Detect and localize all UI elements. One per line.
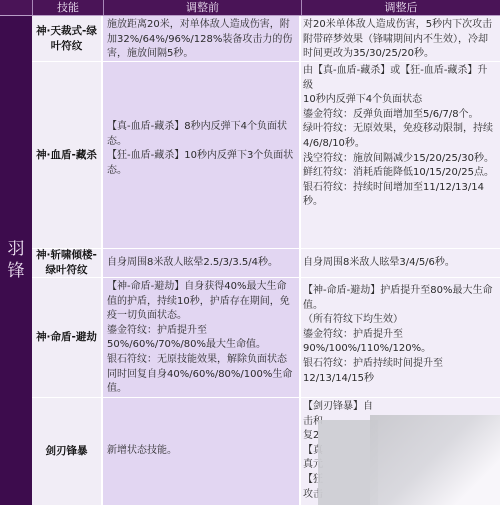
after-text: 鎏金符纹：反弹负面增加至5/6/7/8个。 — [303, 108, 496, 123]
skill-name: 神·血盾-藏杀 — [32, 62, 103, 248]
skill-name-text: 剑刃锋暴 — [46, 444, 88, 459]
hero-name: 羽 锋 — [0, 238, 32, 282]
skill-name: 剑刃锋暴 — [32, 398, 103, 505]
before-text: 自身周围8米敌人眩晕2.5/3/3.5/4秒。 — [107, 256, 295, 271]
after-text: （所有符纹下均生效） — [303, 313, 496, 328]
before-cell: 施放距离20米，对单体敌人造成伤害，附加32%/64%/96%/128%装备攻击… — [103, 16, 301, 61]
after-text: 浅空符纹：施放间隔减少15/20/25/30秒。 — [303, 152, 496, 167]
hero-name-char-2: 锋 — [0, 260, 32, 282]
skill-name-text: 神·血盾-藏杀 — [36, 148, 97, 163]
before-text: 【神-命盾-避劫】自身获得40%最大生命值的护盾，持续10秒，护盾存在期间，免疫… — [107, 280, 295, 324]
after-text: 银石符纹：持续时间增加至11/12/13/14秒。 — [303, 181, 496, 210]
before-cell: 新增状态技能。 — [103, 398, 301, 505]
after-text: 银石符纹：护盾持续时间提升至12/13/14/15秒 — [303, 357, 496, 386]
hero-name-char-1: 羽 — [0, 238, 32, 260]
skill-name: 神·斩啸倾楼-绿叶符纹 — [32, 249, 103, 277]
page-curl-overlay — [370, 415, 500, 505]
after-cell: 【神-命盾-避劫】护盾提升至80%最大生命值。 （所有符纹下均生效） 鎏金符纹：… — [301, 278, 500, 397]
before-text: 鎏金符纹：护盾提升至50%/60%/70%/80%最大生命值。 — [107, 324, 295, 353]
after-cell: 对20米单体敌人造成伤害，5秒内下次攻击附带碎梦效果（锋啸期间内不生效），冷却时… — [301, 16, 500, 61]
skill-name: 神·天裁式-绿叶符纹 — [32, 16, 103, 61]
skill-name-text: 神·命盾-避劫 — [36, 330, 97, 345]
header-skill: 技能 — [32, 0, 103, 15]
before-text: 【狂-血盾-藏杀】10秒内反弹下3个负面状态。 — [107, 149, 295, 178]
after-text: 由【真-血盾-藏杀】或【狂-血盾-藏杀】升级 — [303, 64, 496, 93]
before-text: 施放距离20米，对单体敌人造成伤害，附加32%/64%/96%/128%装备攻击… — [107, 18, 295, 62]
after-text: 10秒内反弹下4个负面状态 — [303, 93, 496, 108]
page-curl-overlay — [318, 420, 378, 505]
before-cell: 自身周围8米敌人眩晕2.5/3/3.5/4秒。 — [103, 249, 301, 277]
before-text: 银石符纹：无原技能效果，解除负面状态同时回复自身40%/60%/80%/100%… — [107, 353, 295, 397]
after-text: 鲜红符纹：消耗盾能降低10/15/20/25点。 — [303, 166, 496, 181]
skill-name: 神·命盾-避劫 — [32, 278, 103, 397]
before-cell: 【真-血盾-藏杀】8秒内反弹下4个负面状态。 【狂-血盾-藏杀】10秒内反弹下3… — [103, 62, 301, 248]
before-text: 新增状态技能。 — [107, 444, 295, 459]
after-text: 鎏金符纹：护盾提升至90%/100%/110%/120%。 — [303, 328, 496, 357]
after-text: 对20米单体敌人造成伤害，5秒内下次攻击附带碎梦效果（锋啸期间内不生效），冷却时… — [303, 18, 496, 62]
after-text: 【剑刃锋暴】自 — [303, 400, 496, 415]
after-cell: 由【真-血盾-藏杀】或【狂-血盾-藏杀】升级 10秒内反弹下4个负面状态 鎏金符… — [301, 62, 500, 248]
after-text: 绿叶符纹：无原效果，免疫移动限制，持续4/6/8/10秒。 — [303, 122, 496, 151]
skill-name-text: 神·斩啸倾楼-绿叶符纹 — [35, 248, 98, 277]
skill-name-text: 神·天裁式-绿叶符纹 — [35, 24, 98, 53]
before-text: 【真-血盾-藏杀】8秒内反弹下4个负面状态。 — [107, 120, 295, 149]
after-text: 自身周围8米敌人眩晕3/4/5/6秒。 — [303, 256, 496, 271]
after-cell: 自身周围8米敌人眩晕3/4/5/6秒。 — [301, 249, 500, 277]
after-text: 【神-命盾-避劫】护盾提升至80%最大生命值。 — [303, 284, 496, 313]
table-header: 技能 调整前 调整后 — [0, 0, 500, 16]
skill-change-table: 技能 调整前 调整后 羽 锋 神·天裁式-绿叶符纹 施放距离20米，对单体敌人造… — [0, 0, 500, 505]
header-after: 调整后 — [301, 0, 500, 15]
before-cell: 【神-命盾-避劫】自身获得40%最大生命值的护盾，持续10秒，护盾存在期间，免疫… — [103, 278, 301, 397]
header-before: 调整前 — [103, 0, 301, 15]
